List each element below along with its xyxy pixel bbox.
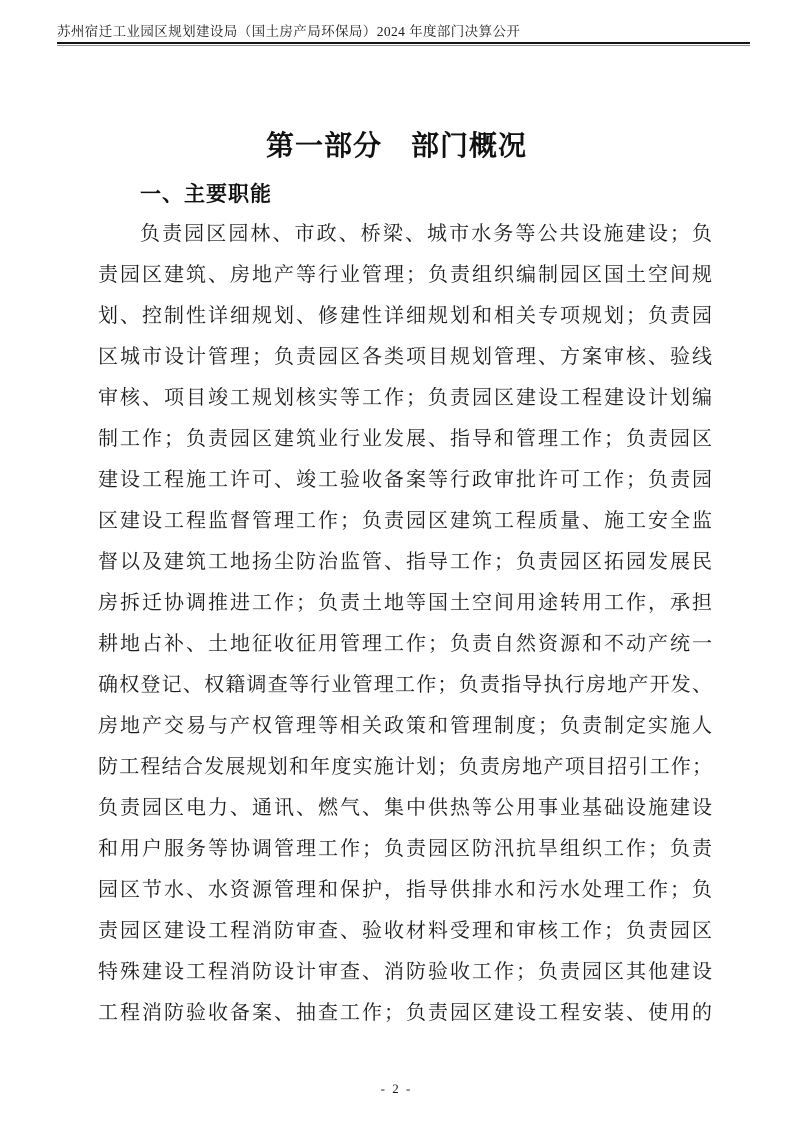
document-page: 苏州宿迁工业园区规划建设局（国土房产局环保局）2024 年度部门决算公开 第一部… <box>0 0 793 1122</box>
body-line: 制工作；负责园区建筑业行业发展、指导和管理工作；负责园区 <box>98 419 712 460</box>
body-line: 和用户服务等协调管理工作；负责园区防汛抗旱组织工作；负责 <box>98 829 712 870</box>
body-line: 区城市设计管理；负责园区各类项目规划管理、方案审核、验线 <box>98 337 712 378</box>
body-line: 耕地占补、土地征收征用管理工作；负责自然资源和不动产统一 <box>98 624 712 665</box>
body-line: 园区节水、水资源管理和保护，指导供排水和污水处理工作；负 <box>98 870 712 911</box>
body-line: 责园区建筑、房地产等行业管理；负责组织编制园区国土空间规 <box>98 255 712 296</box>
body-line: 区建设工程监督管理工作；负责园区建筑工程质量、施工安全监 <box>98 501 712 542</box>
body-line: 负责园区园林、市政、桥梁、城市水务等公共设施建设；负 <box>98 214 712 255</box>
body-line: 建设工程施工许可、竣工验收备案等行政审批许可工作；负责园 <box>98 460 712 501</box>
body-line: 特殊建设工程消防设计审查、消防验收工作；负责园区其他建设 <box>98 952 712 993</box>
body-line: 责园区建设工程消防审查、验收材料受理和审核工作；负责园区 <box>98 911 712 952</box>
document-title: 第一部分 部门概况 <box>0 124 793 164</box>
header-divider-line <box>57 42 750 46</box>
page-header: 苏州宿迁工业园区规划建设局（国土房产局环保局）2024 年度部门决算公开 <box>57 20 750 46</box>
section-heading: 一、主要职能 <box>140 178 272 208</box>
body-line: 工程消防验收备案、抽查工作；负责园区建设工程安装、使用的 <box>98 993 712 1034</box>
body-line: 确权登记、权籍调查等行业管理工作；负责指导执行房地产开发、 <box>98 665 712 706</box>
body-line: 房地产交易与产权管理等相关政策和管理制度；负责制定实施人 <box>98 706 712 747</box>
body-paragraph: 负责园区园林、市政、桥梁、城市水务等公共设施建设；负责园区建筑、房地产等行业管理… <box>98 214 712 1034</box>
body-line: 划、控制性详细规划、修建性详细规划和相关专项规划；负责园 <box>98 296 712 337</box>
body-line: 督以及建筑工地扬尘防治监管、指导工作；负责园区拓园发展民 <box>98 542 712 583</box>
page-header-text: 苏州宿迁工业园区规划建设局（国土房产局环保局）2024 年度部门决算公开 <box>57 20 750 42</box>
body-line: 审核、项目竣工规划核实等工作；负责园区建设工程建设计划编 <box>98 378 712 419</box>
body-line: 房拆迁协调推进工作；负责土地等国土空间用途转用工作，承担 <box>98 583 712 624</box>
page-number: - 2 - <box>0 1081 793 1097</box>
body-line: 防工程结合发展规划和年度实施计划；负责房地产项目招引工作； <box>98 747 712 788</box>
body-line: 负责园区电力、通讯、燃气、集中供热等公用事业基础设施建设 <box>98 788 712 829</box>
